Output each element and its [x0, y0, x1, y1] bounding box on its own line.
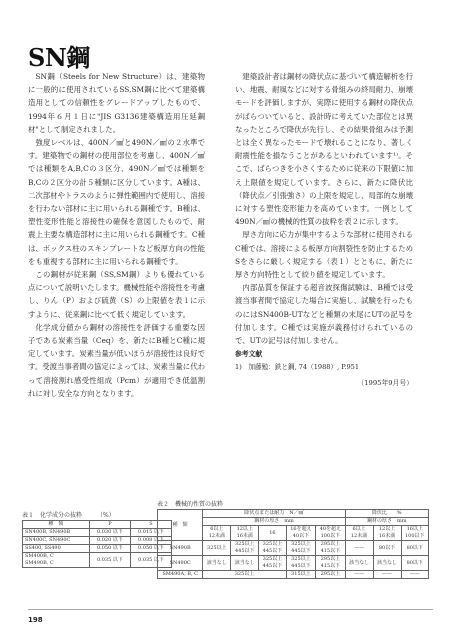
- table1-caption: 表１ 化学成分の抜粋 （%）: [22, 510, 115, 519]
- table-cell: SN490B: [158, 541, 203, 556]
- footer-divider: [28, 609, 433, 610]
- table-header: 種 類: [158, 510, 203, 541]
- table-row: SS400, SS490 0.050 以下 0.050 以下: [23, 545, 172, 553]
- table-cell: 該当なし: [345, 556, 373, 571]
- paragraph: 建築設計者は鋼材の降伏点に基づいて構造解析を行い、地震、耐風などに対する骨組みの…: [235, 70, 413, 228]
- table-header: 16を超え 40以下: [286, 526, 315, 541]
- table-cell: 0.035 以下: [89, 553, 130, 568]
- table-row: SM490A, B, C 325以上 315以上 295以上 —— —— ——: [158, 571, 429, 579]
- table-cell: ——: [401, 571, 429, 579]
- table-header: 種 類: [23, 521, 90, 529]
- right-column: 建築設計者は鋼材の降伏点に基づいて構造解析を行い、地震、耐風などに対する骨組みの…: [235, 70, 413, 390]
- table2-mechanical-properties: 種 類 降伏点または耐力 N／㎟ 降伏比 % 鋼材の厚さ mm 鋼材の厚さ mm…: [157, 509, 429, 579]
- table-row: SN400B, SN490B 0.030 以下 0.015 以下: [23, 529, 172, 537]
- table-cell: SN490C: [158, 556, 203, 571]
- table-row: SN490C 該当なし 該当なし 325以上 445以下 325以上 445以下…: [158, 556, 429, 571]
- table-cell: 295以上 415以下: [316, 556, 345, 571]
- table-cell: SS400, SS490: [23, 545, 90, 553]
- page-title: SN鋼: [28, 38, 90, 73]
- table-cell: ——: [373, 571, 401, 579]
- reference-item: 1) 加藤勉：鉄と鋼, 74（1988）, P.951: [235, 361, 413, 374]
- table-cell: 325以上 445以下: [286, 556, 315, 571]
- table-cell: 0.030 以下: [89, 529, 130, 537]
- table-header: 鋼材の厚さ mm: [345, 518, 428, 526]
- table-cell: 325以上: [203, 571, 286, 579]
- issue-date: （1995年9月号）: [235, 377, 413, 390]
- table-cell: 80以下: [401, 541, 429, 556]
- table-header: P: [89, 521, 130, 529]
- table-header: 降伏点または耐力 N／㎟: [203, 510, 345, 518]
- table-header: 12以上 16未満: [373, 526, 401, 541]
- paragraph: 強度レベルは、400N／㎟と490N／㎟の２水準です。建築物での鋼材の使用部位を…: [28, 136, 205, 268]
- paragraph: この鋼材が従来鋼（SS,SM鋼）よりも優れている点について説明いたします。機械性…: [28, 268, 205, 321]
- table-header: 16: [259, 526, 286, 541]
- table-cell: 325以上 445以下: [231, 541, 259, 556]
- table-cell: ——: [345, 571, 373, 579]
- table-header: 12以上 16未満: [231, 526, 259, 541]
- table-header: 鋼材の厚さ mm: [203, 518, 345, 526]
- table-cell: 325以上 445以下: [259, 556, 286, 571]
- table-header: 6以上 12未満: [345, 526, 373, 541]
- table-row: SN400C, SN490C 0.020 以下 0.008 以下: [23, 537, 172, 545]
- table-cell: 該当なし: [203, 556, 231, 571]
- table-cell: 0.050 以下: [89, 545, 130, 553]
- table-cell: 325以上 445以下: [286, 541, 315, 556]
- page-number: 198: [28, 616, 43, 624]
- table2-caption: 表２ 機械的性質の抜粋: [157, 499, 223, 508]
- table-cell: ——: [345, 541, 373, 556]
- paragraph: 内部品質を保証する超音波探傷試験は、B種では受渡当事者間で協定した場合に実施し、…: [235, 281, 413, 347]
- table-cell: SN400C, SN490C: [23, 537, 90, 545]
- table-cell: SM490A, B, C: [158, 571, 203, 579]
- table-header: 40を超え 100以下: [316, 526, 345, 541]
- table-cell: 該当なし: [373, 556, 401, 571]
- table-cell: 80以下: [373, 541, 401, 556]
- table-cell: SN400B, SN490B: [23, 529, 90, 537]
- table-row: SN490B 325以上 325以上 445以下 325以上 445以下 325…: [158, 541, 429, 556]
- left-column: SN鋼（Steels for New Structure）は、建築物に一般的に使…: [28, 70, 205, 400]
- table-header: 6以上 12未満: [203, 526, 231, 541]
- table1-chemical-composition: 種 類 P S SN400B, SN490B 0.030 以下 0.015 以下…: [22, 520, 172, 568]
- table-cell: 80以下: [401, 556, 429, 571]
- table-row: SM400B, C SM490B, C 0.035 以下 0.035 以下: [23, 553, 172, 568]
- table-cell: 295以上: [316, 571, 345, 579]
- references-heading: 参考文献: [235, 348, 413, 361]
- table-cell: 325以上: [203, 541, 231, 556]
- table-header: 降伏比 %: [345, 510, 428, 518]
- table-cell: SM400B, C SM490B, C: [23, 553, 90, 568]
- paragraph: SN鋼（Steels for New Structure）は、建築物に一般的に使…: [28, 70, 205, 136]
- paragraph: 化学成分値から鋼材の溶接性を評価する重要な因子である炭素当量（Ceq）を、新たに…: [28, 321, 205, 400]
- table-cell: 325以上 445以下: [259, 541, 286, 556]
- table-cell: 該当なし: [231, 556, 259, 571]
- table-cell: 0.020 以下: [89, 537, 130, 545]
- table-header: 16以上 100以下: [401, 526, 429, 541]
- paragraph: 厚さ方向に応力が集中するような部材に使用されるC種では、溶接による板厚方向割裂性…: [235, 228, 413, 281]
- table-cell: 315以上: [286, 571, 315, 579]
- table-cell: 295以上 415以下: [316, 541, 345, 556]
